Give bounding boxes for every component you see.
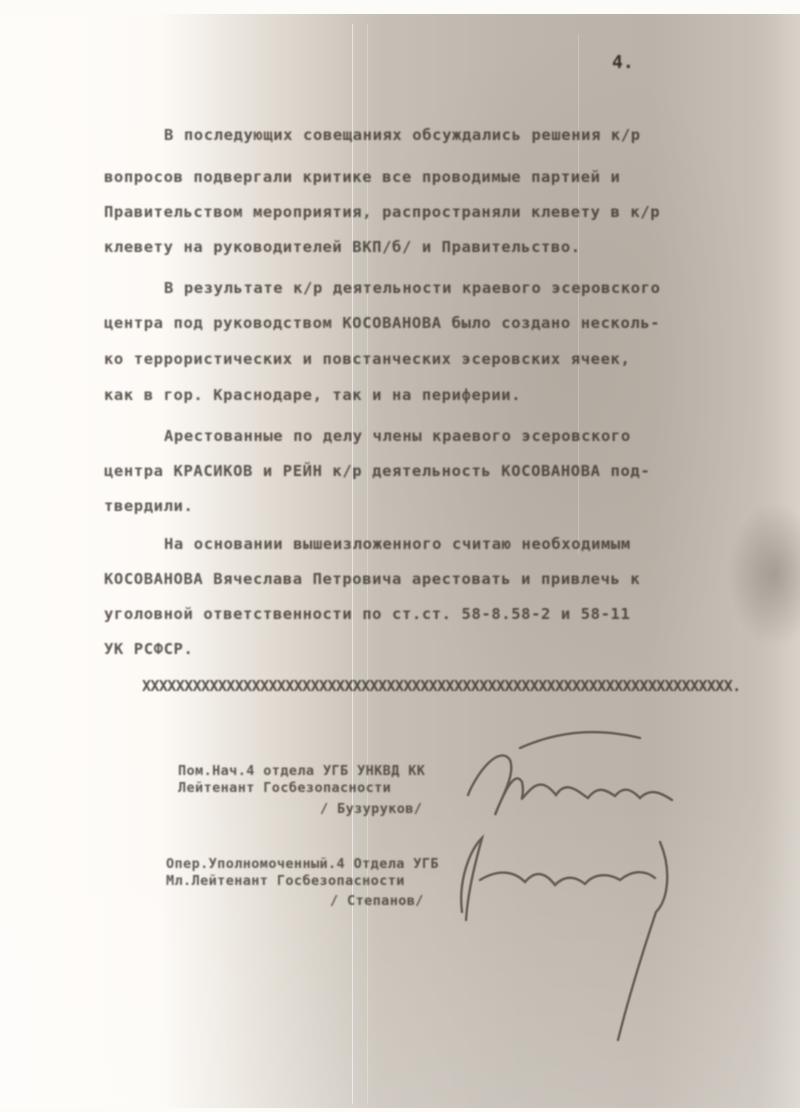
signature-1-scrawl xyxy=(468,732,672,815)
handwritten-signatures xyxy=(0,0,800,1112)
typed-document: 4. В последующих совещаниях обсуждались … xyxy=(0,0,800,1112)
signature-2-scrawl xyxy=(461,838,667,1040)
